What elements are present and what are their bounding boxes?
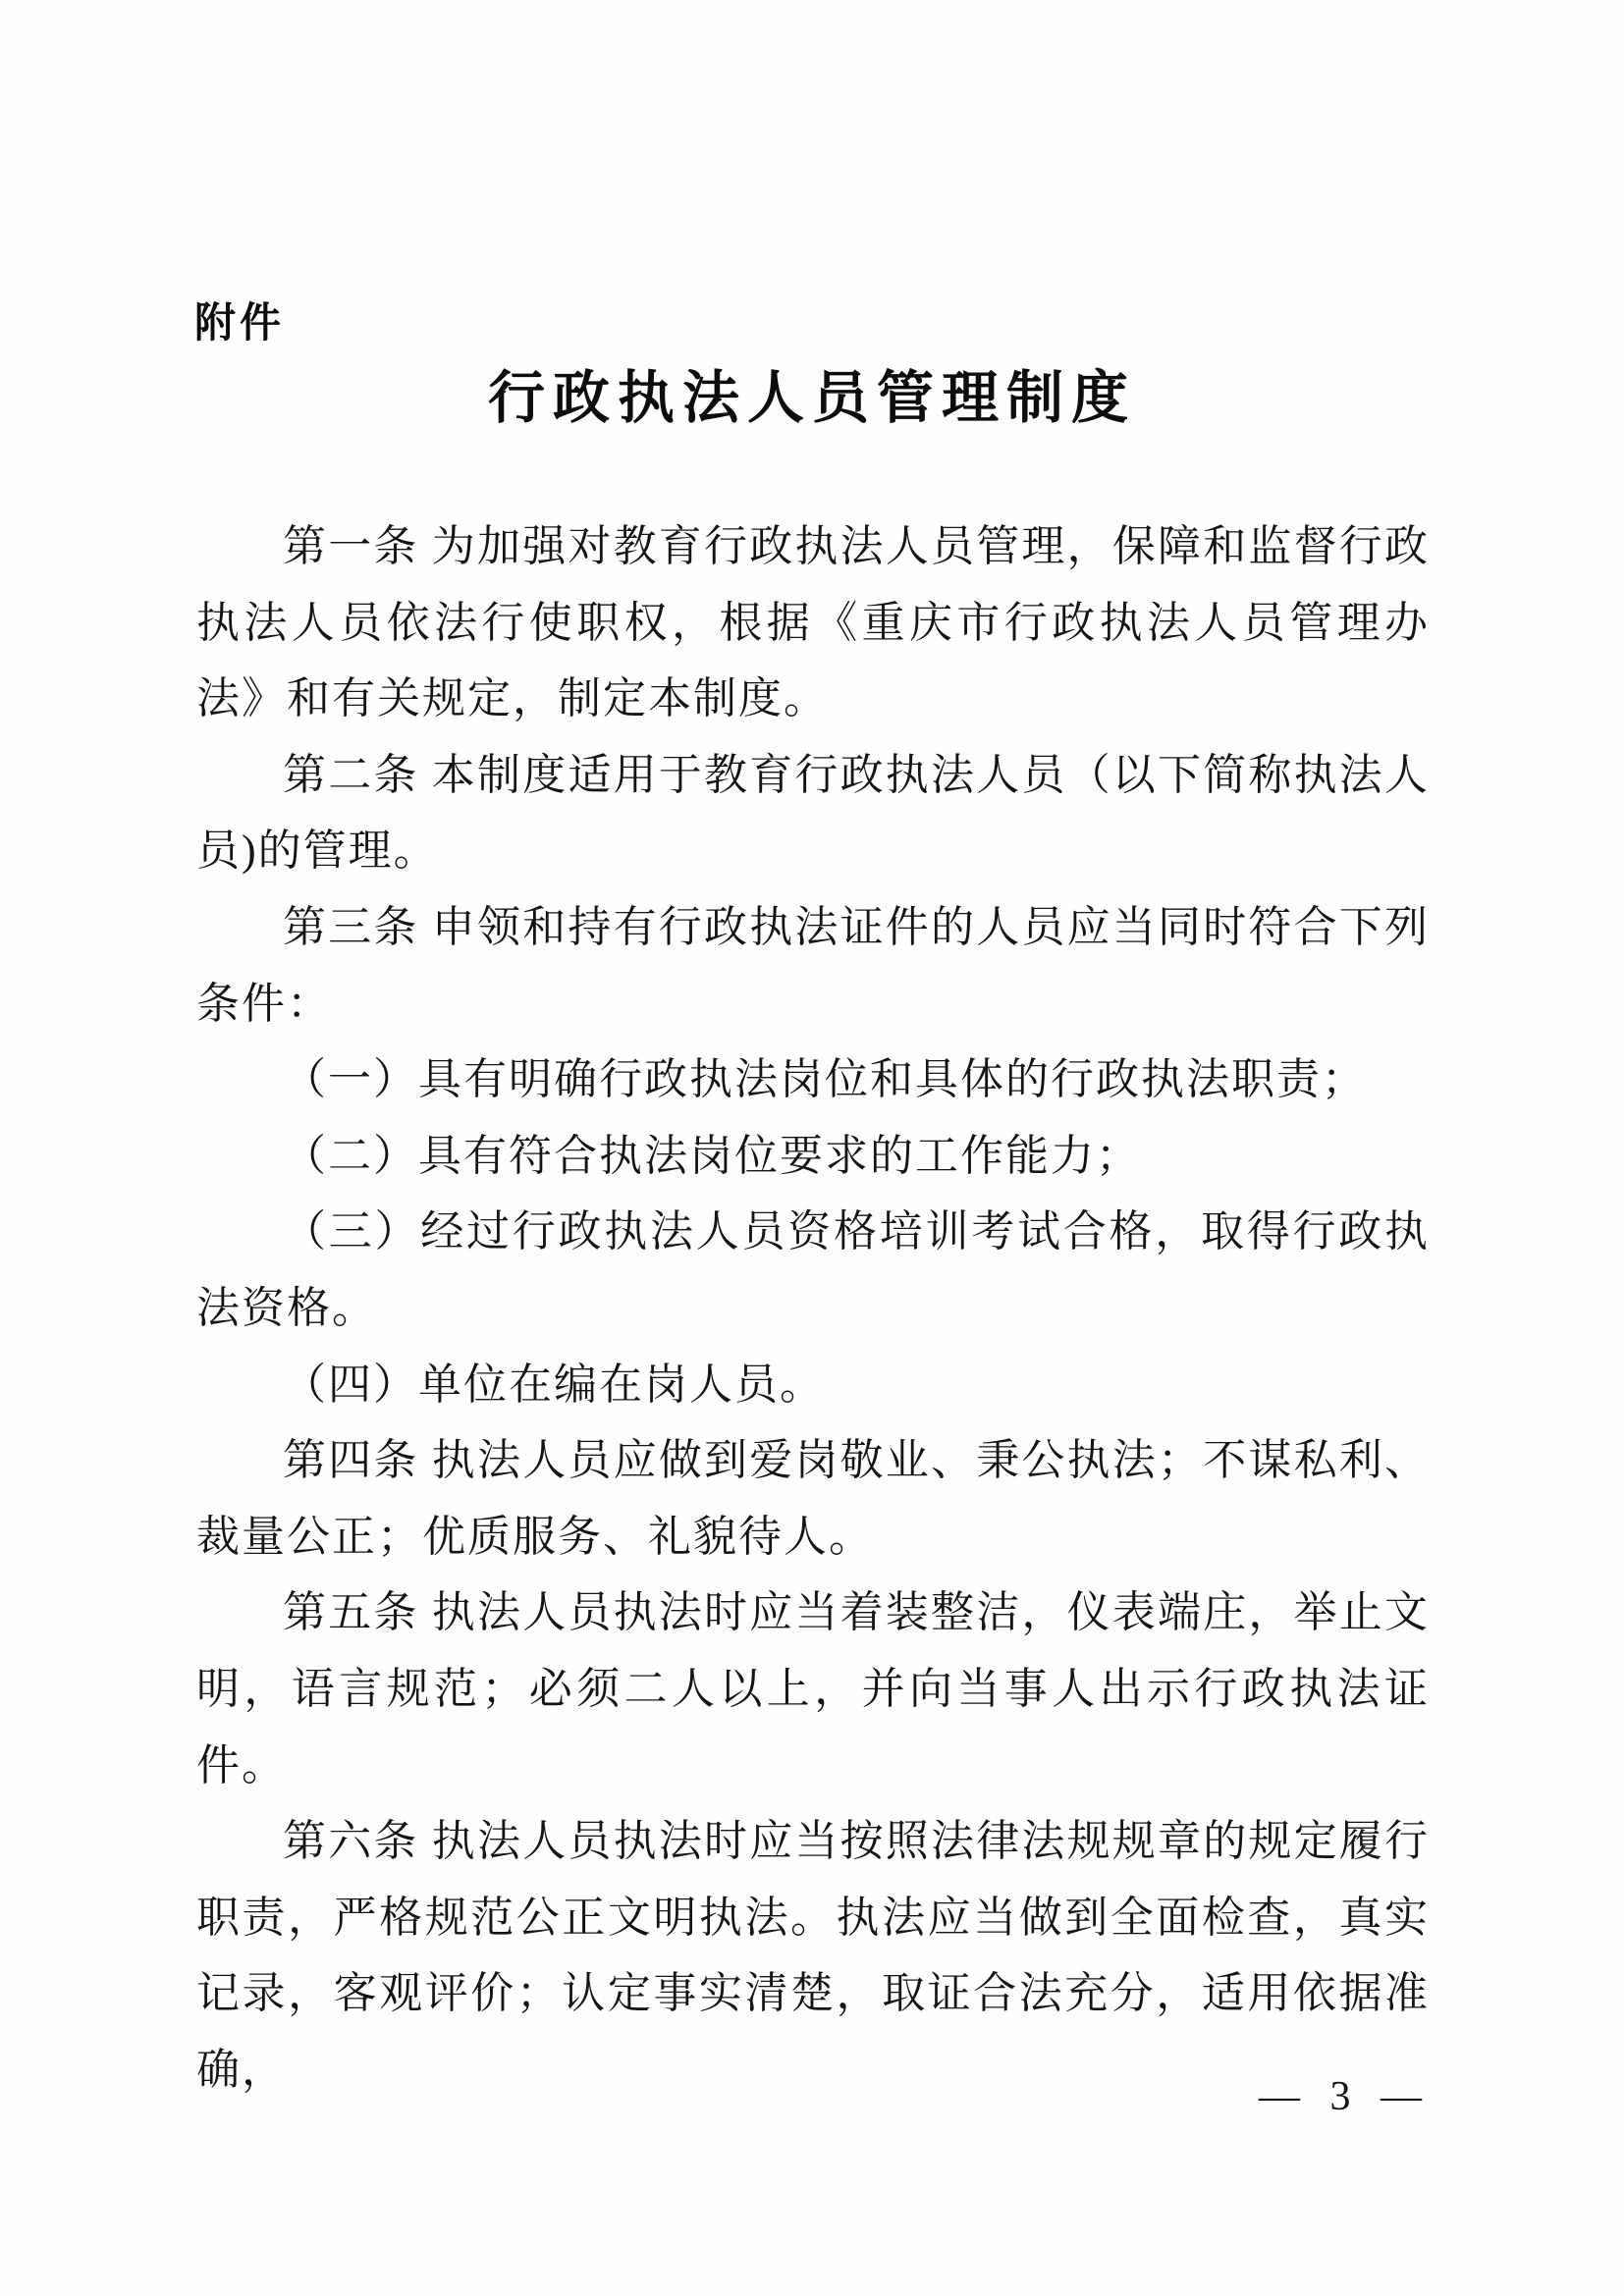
paragraph-item-3: （三）经过行政执法人员资格培训考试合格，取得行政执法资格。	[196, 1194, 1430, 1346]
paragraph-item-4: （四）单位在编在岗人员。	[196, 1347, 1430, 1423]
attachment-label: 附件	[194, 291, 285, 349]
paragraph-article-2: 第二条 本制度适用于教育行政执法人员（以下简称执法人员)的管理。	[196, 737, 1430, 889]
paragraph-article-6: 第六条 执法人员执法时应当按照法律法规规章的规定履行职责，严格规范公正文明执法。…	[196, 1803, 1430, 2108]
paragraph-article-5: 第五条 执法人员执法时应当着装整洁，仪表端庄，举止文明，语言规范；必须二人以上，…	[196, 1575, 1430, 1803]
paragraph-item-1: （一）具有明确行政执法岗位和具体的行政执法职责；	[196, 1041, 1430, 1118]
paragraph-article-1: 第一条 为加强对教育行政执法人员管理，保障和监督行政执法人员依法行使职权，根据《…	[196, 508, 1430, 737]
document-body: 第一条 为加强对教育行政执法人员管理，保障和监督行政执法人员依法行使职权，根据《…	[196, 508, 1430, 2108]
paragraph-article-4: 第四条 执法人员应做到爱岗敬业、秉公执法；不谋私利、裁量公正；优质服务、礼貌待人…	[196, 1422, 1430, 1575]
paragraph-article-3: 第三条 申领和持有行政执法证件的人员应当同时符合下列条件：	[196, 889, 1430, 1041]
document-page: 附件 行政执法人员管理制度 第一条 为加强对教育行政执法人员管理，保障和监督行政…	[0, 0, 1624, 2296]
page-number: — 3 —	[1259, 2073, 1432, 2120]
page-title: 行政执法人员管理制度	[0, 351, 1624, 434]
paragraph-item-2: （二）具有符合执法岗位要求的工作能力；	[196, 1118, 1430, 1195]
